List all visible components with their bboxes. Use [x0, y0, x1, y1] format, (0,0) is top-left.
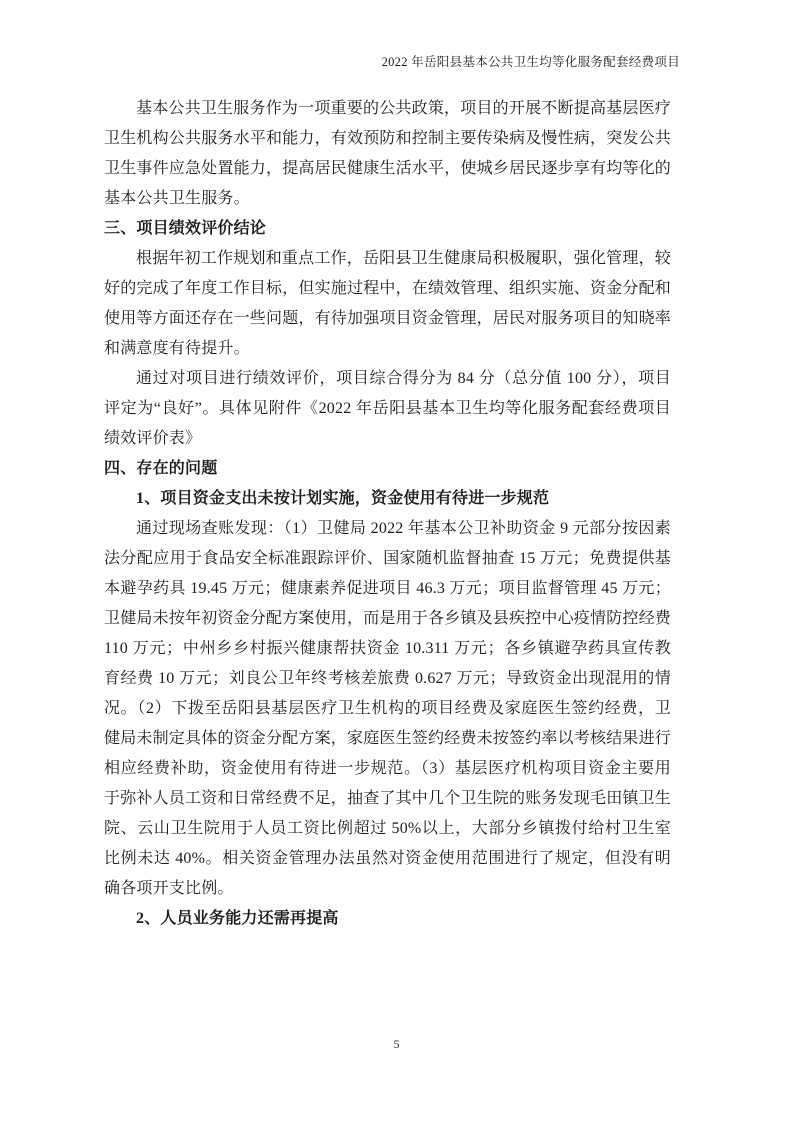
- heading-section-4: 四、存在的问题: [104, 454, 671, 484]
- paragraph-intro: 基本公共卫生服务作为一项重要的公共政策，项目的开展不断提高基层医疗卫生机构公共服…: [104, 94, 671, 214]
- document-page: 2022 年岳阳县基本公共卫生均等化服务配套经费项目 基本公共卫生服务作为一项重…: [0, 0, 793, 1122]
- paragraph-evaluation-conclusion: 根据年初工作规划和重点工作，岳阳县卫生健康局积极履职，强化管理，较好的完成了年度…: [104, 244, 671, 364]
- page-number: 5: [0, 1036, 793, 1052]
- paragraph-issue-1-detail: 通过现场查账发现：（1）卫健局 2022 年基本公卫补助资金 9 元部分按因素法…: [104, 514, 671, 904]
- heading-section-3: 三、项目绩效评价结论: [104, 214, 671, 244]
- running-header: 2022 年岳阳县基本公共卫生均等化服务配套经费项目: [104, 53, 680, 71]
- subheading-issue-1: 1、项目资金支出未按计划实施，资金使用有待进一步规范: [104, 484, 671, 514]
- subheading-issue-2: 2、人员业务能力还需再提高: [104, 904, 671, 934]
- document-body: 基本公共卫生服务作为一项重要的公共政策，项目的开展不断提高基层医疗卫生机构公共服…: [104, 94, 671, 934]
- paragraph-evaluation-score: 通过对项目进行绩效评价，项目综合得分为 84 分（总分值 100 分），项目评定…: [104, 364, 671, 454]
